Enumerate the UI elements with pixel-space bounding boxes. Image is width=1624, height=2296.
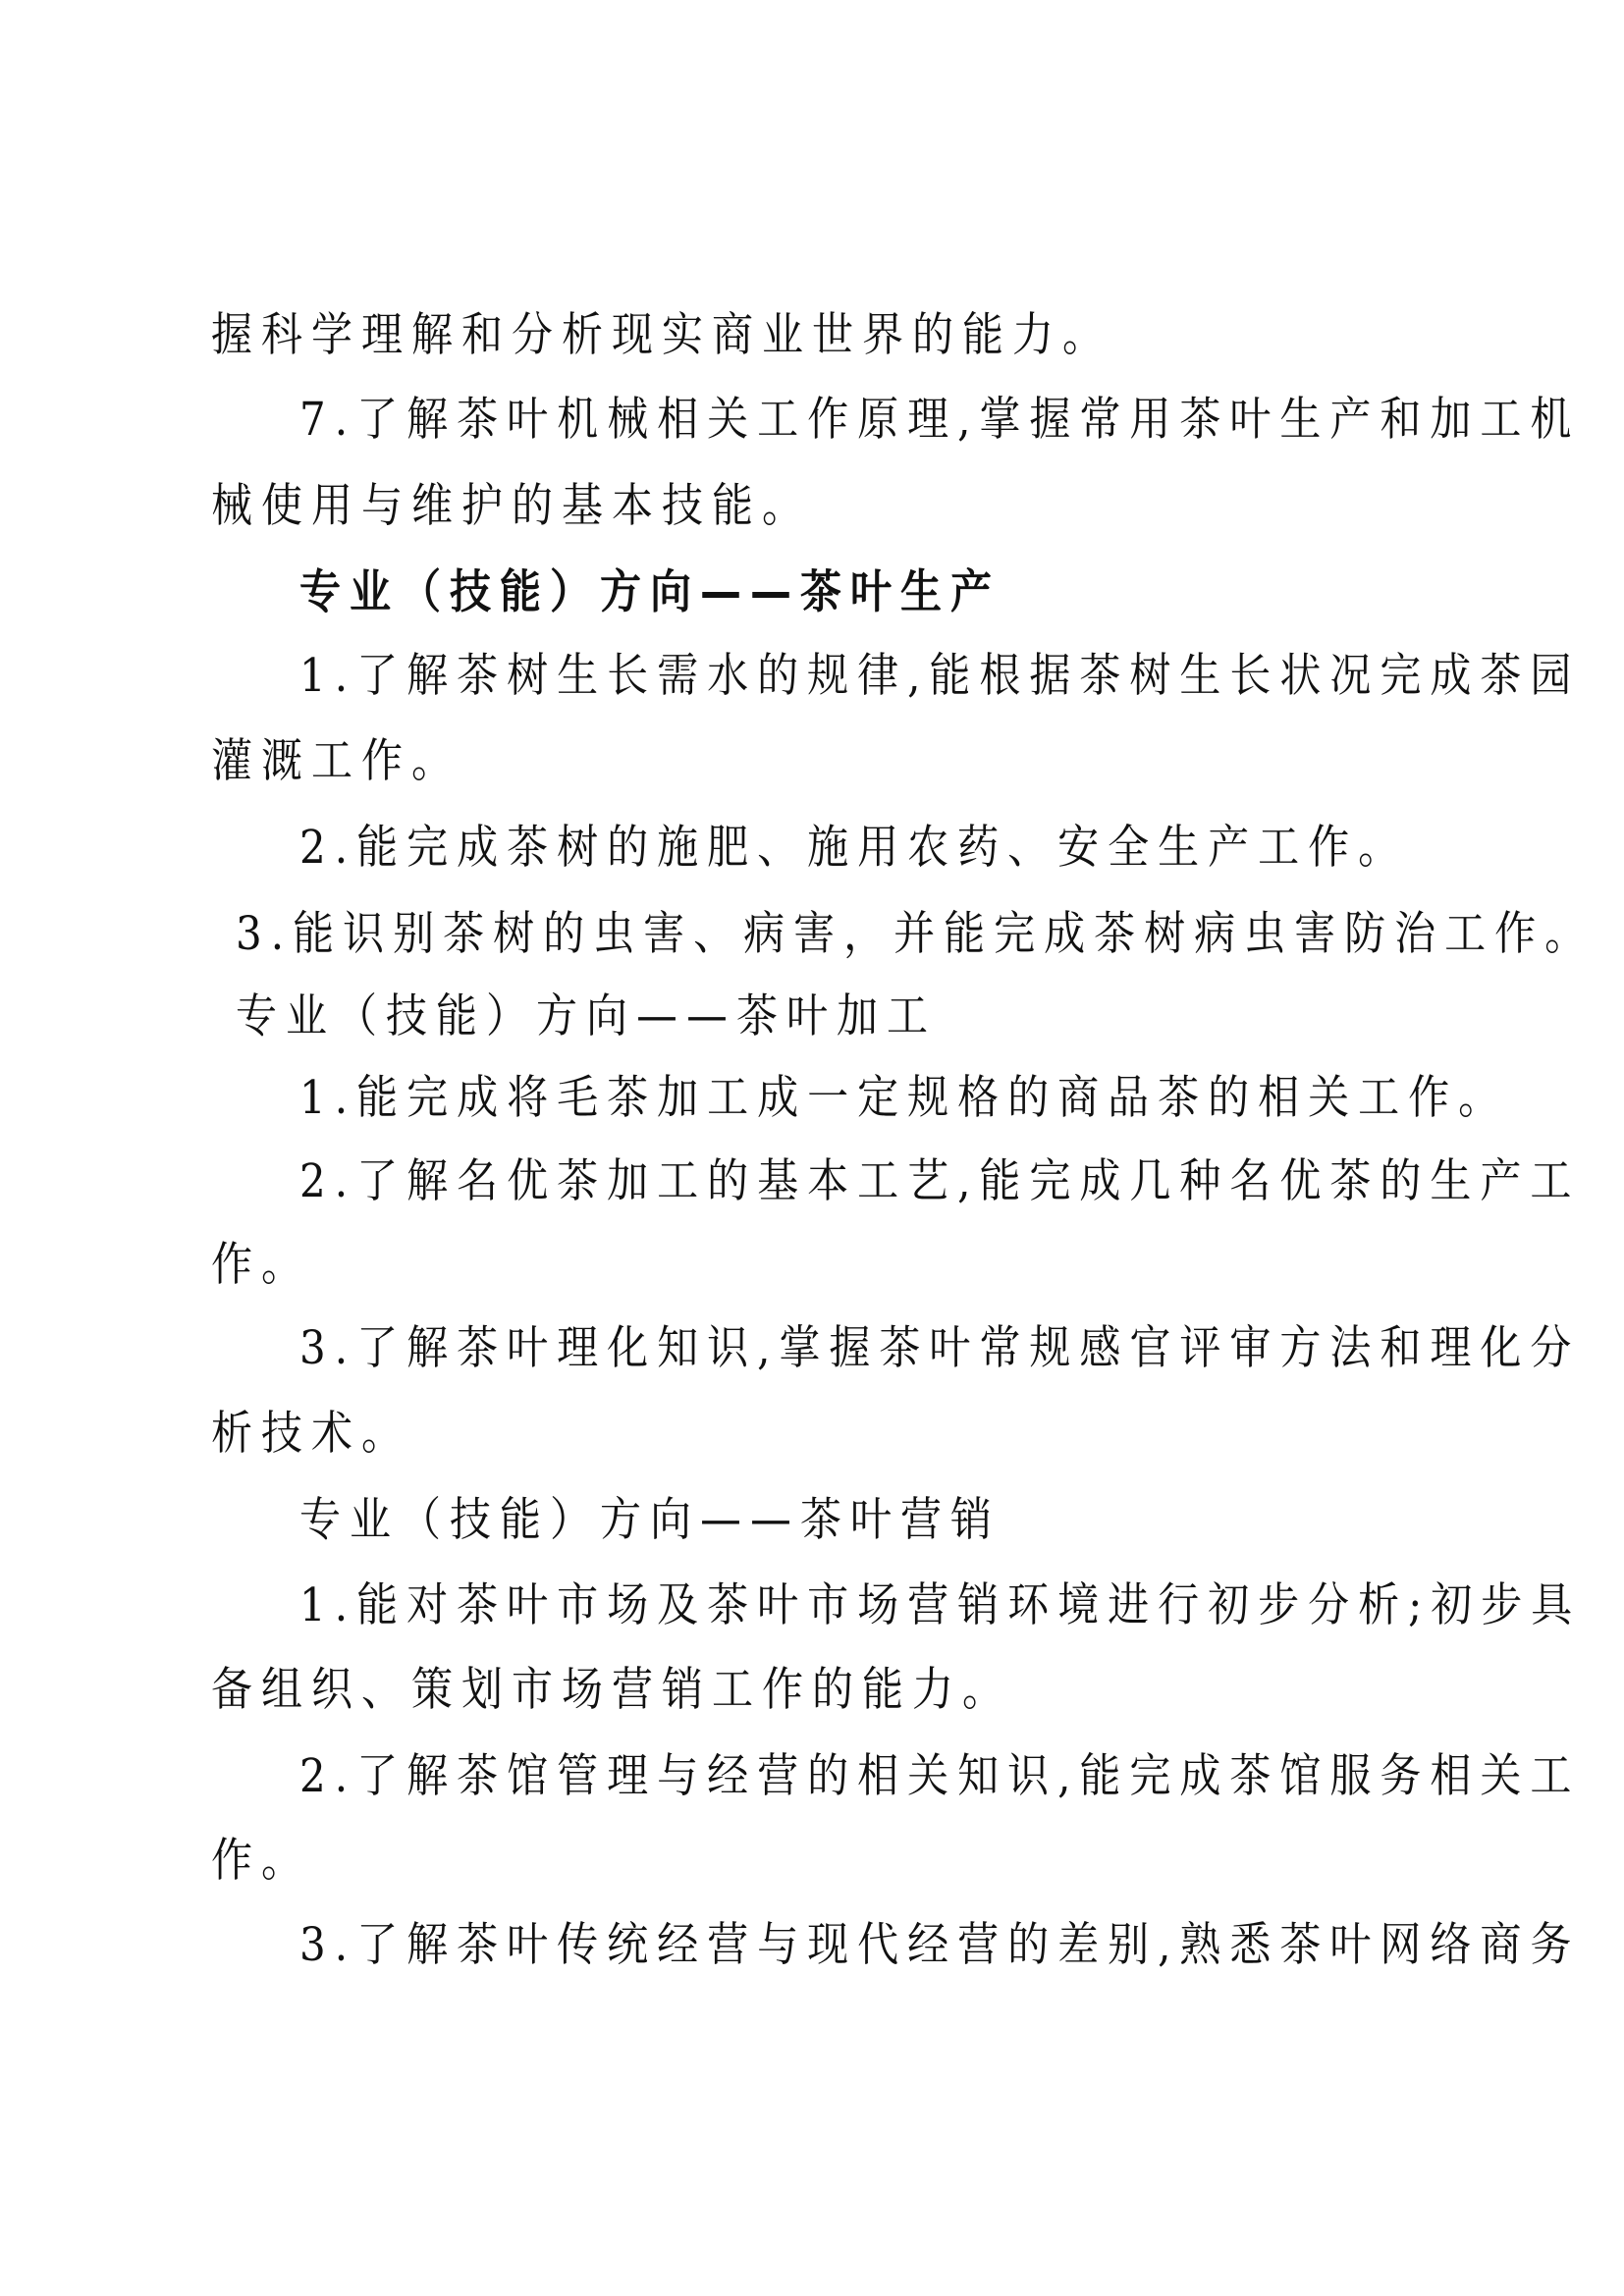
- processing-item-3: 3.了解茶叶理化知识,掌握茶叶常规感官评审方法和理化分: [299, 1325, 1580, 1371]
- processing-item-3-continued: 析技术。: [211, 1411, 411, 1457]
- list-item-7-continued: 械使用与维护的基本技能。: [211, 483, 812, 529]
- production-item-1-continued: 灌溉工作。: [211, 738, 461, 784]
- section-heading-tea-production: 专业（技能）方向——茶叶生产: [299, 569, 1001, 615]
- production-item-2: 2.能完成茶树的施肥、施用农药、安全生产工作。: [299, 825, 1408, 871]
- processing-item-2: 2.了解名优茶加工的基本工艺,能完成几种名优茶的生产工: [299, 1158, 1580, 1204]
- processing-item-1: 1.能完成将毛茶加工成一定规格的商品茶的相关工作。: [299, 1075, 1508, 1121]
- marketing-item-3: 3.了解茶叶传统经营与现代经营的差别,熟悉茶叶网络商务: [299, 1922, 1580, 1968]
- marketing-item-1: 1.能对茶叶市场及茶叶市场营销环境进行初步分析;初步具: [299, 1582, 1581, 1629]
- marketing-item-1-continued: 备组织、策划市场营销工作的能力。: [211, 1667, 1012, 1713]
- section-heading-tea-marketing: 专业（技能）方向——茶叶营销: [299, 1497, 1001, 1543]
- section-heading-tea-processing: 专业（技能）方向——茶叶加工: [236, 993, 937, 1040]
- processing-item-2-continued: 作。: [211, 1242, 311, 1288]
- production-item-3: 3.能识别茶树的虫害、病害，并能完成茶树病虫害防治工作。: [236, 911, 1595, 957]
- production-item-1: 1.了解茶树生长需水的规律,能根据茶树生长状况完成茶园: [299, 653, 1580, 699]
- document-page: 握科学理解和分析现实商业世界的能力。 7.了解茶叶机械相关工作原理,掌握常用茶叶…: [0, 0, 1624, 2296]
- list-item-7: 7.了解茶叶机械相关工作原理,掌握常用茶叶生产和加工机: [299, 397, 1580, 443]
- marketing-item-2-continued: 作。: [211, 1838, 311, 1884]
- paragraph-line: 握科学理解和分析现实商业世界的能力。: [211, 312, 1112, 358]
- marketing-item-2: 2.了解茶馆管理与经营的相关知识,能完成茶馆服务相关工: [299, 1753, 1580, 1799]
